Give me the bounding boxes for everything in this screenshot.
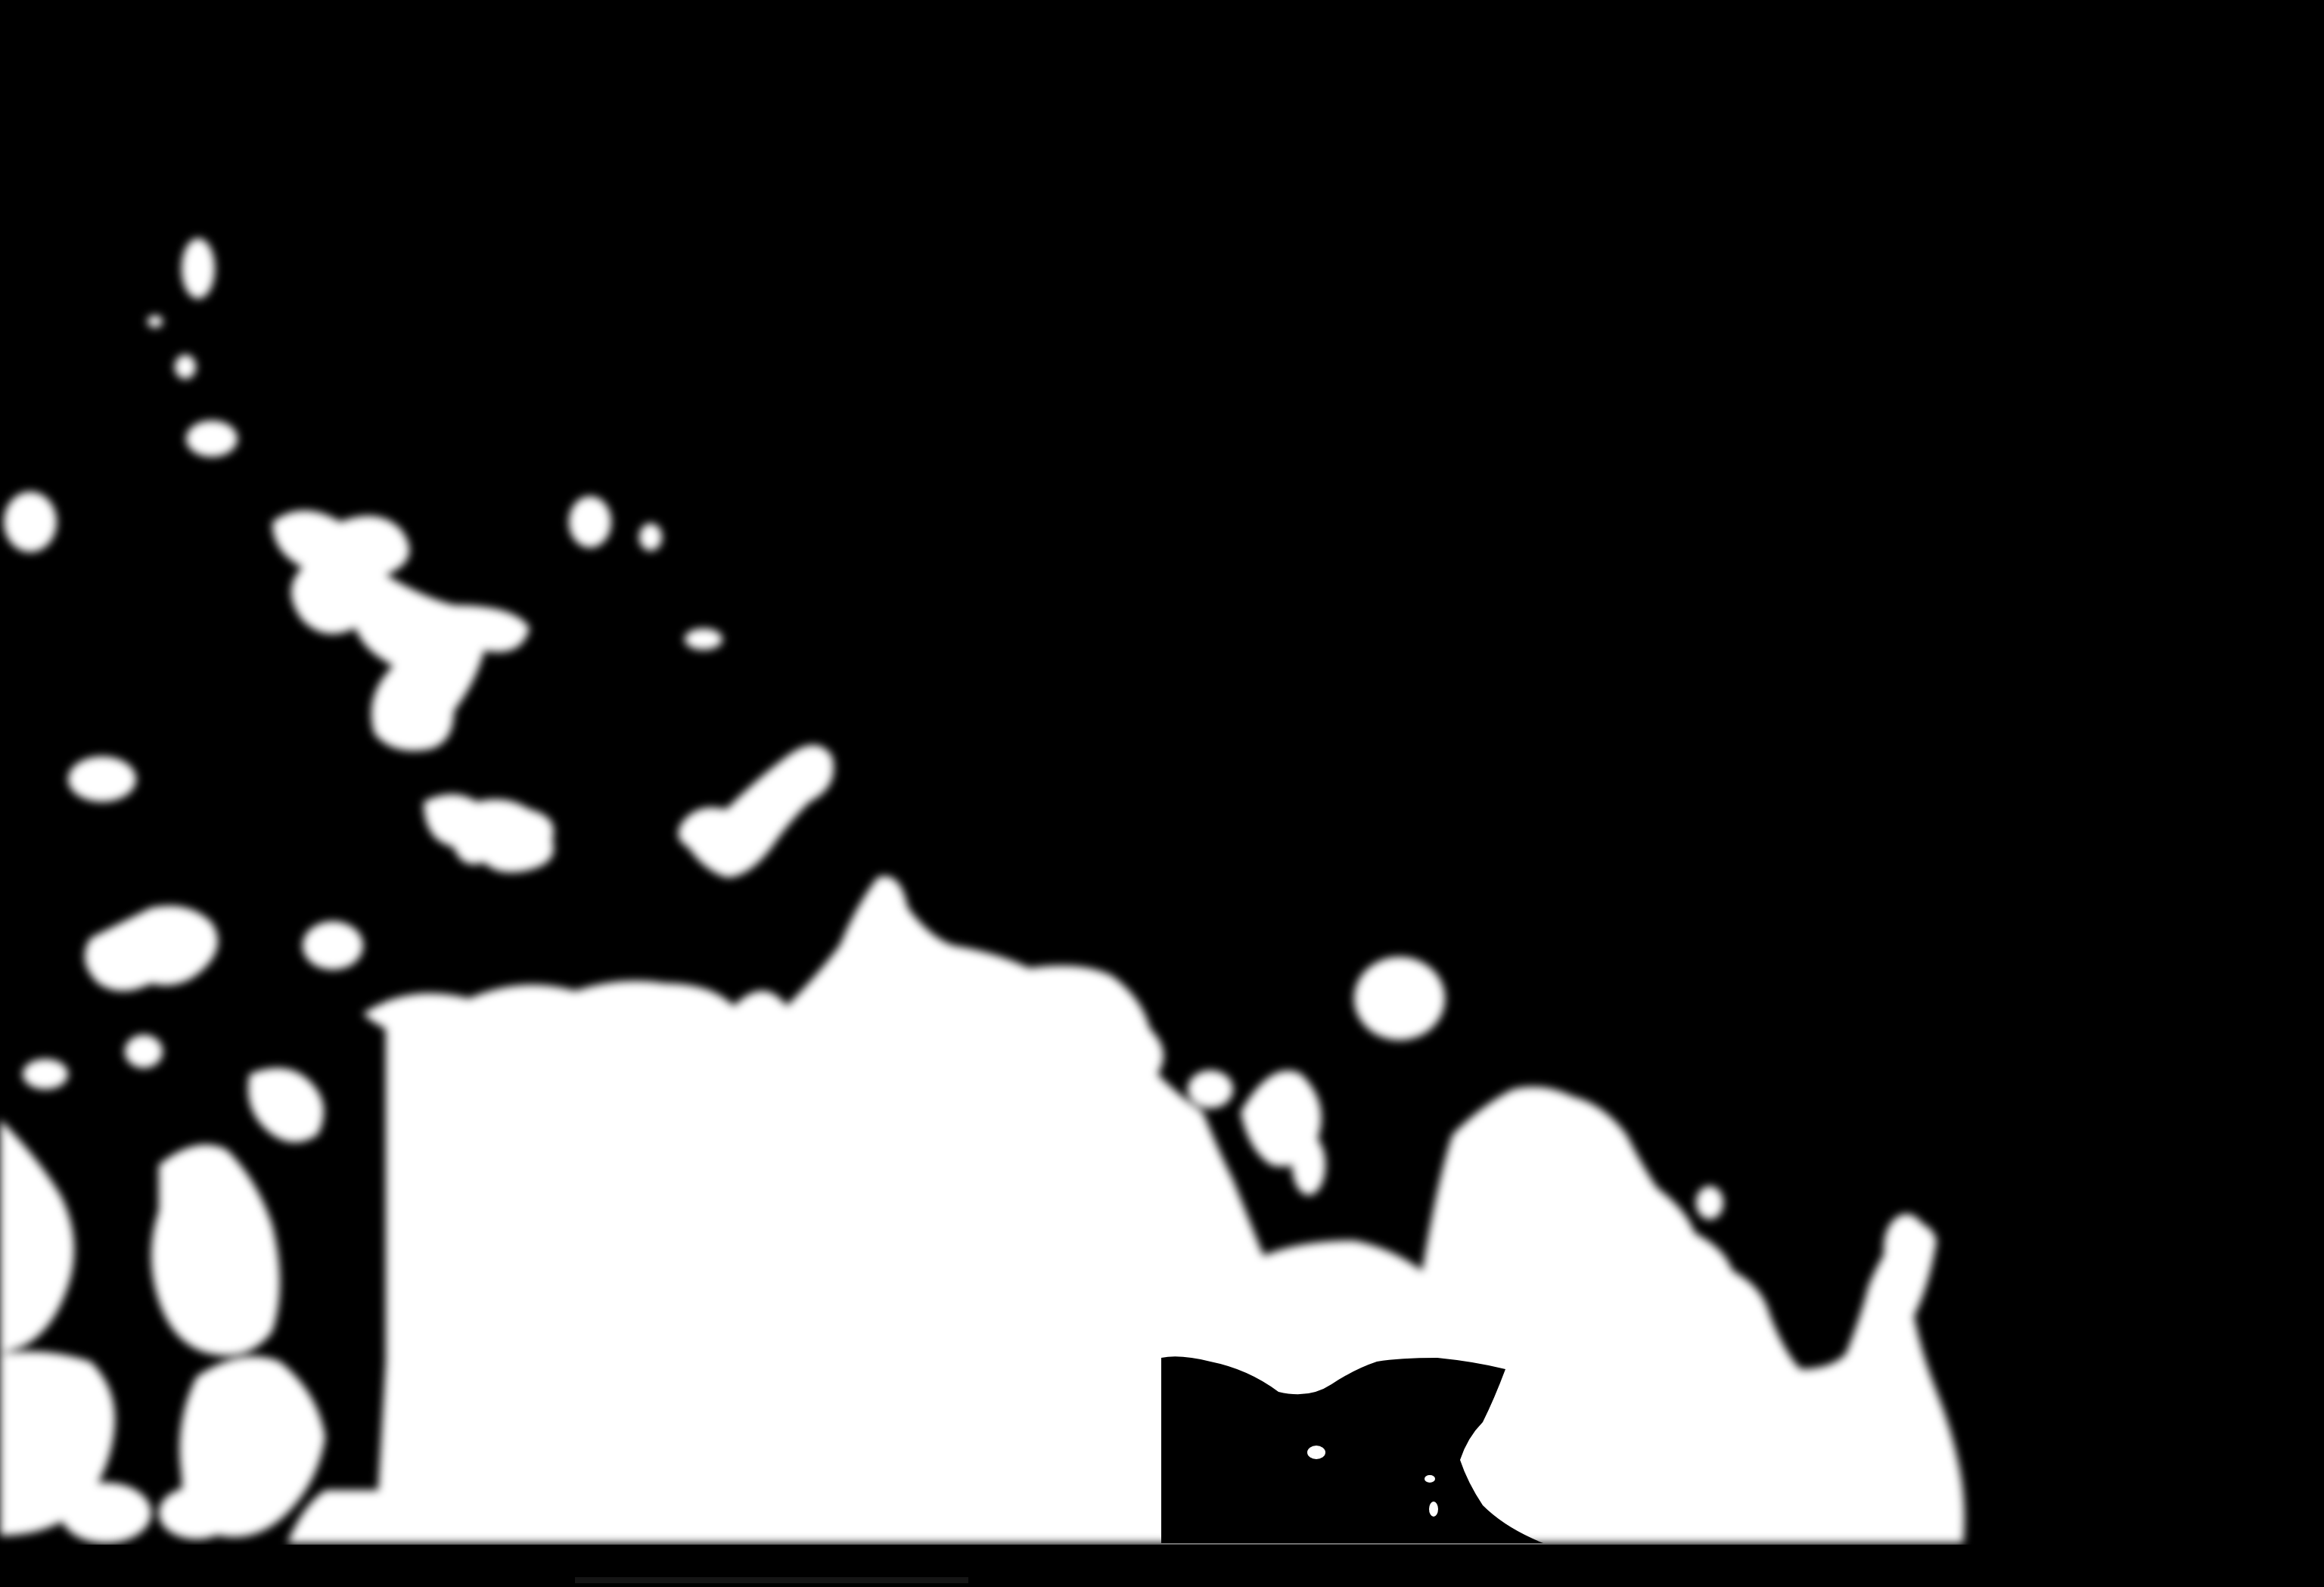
bottom-band-glow xyxy=(575,1577,968,1583)
cloud-mask-image: Binary cloud mask: white cloud regions o… xyxy=(0,0,2324,1587)
bottom-band xyxy=(0,1545,2324,1587)
cloud-mask-canvas xyxy=(0,0,2324,1587)
cloud-regions xyxy=(0,238,1965,1543)
